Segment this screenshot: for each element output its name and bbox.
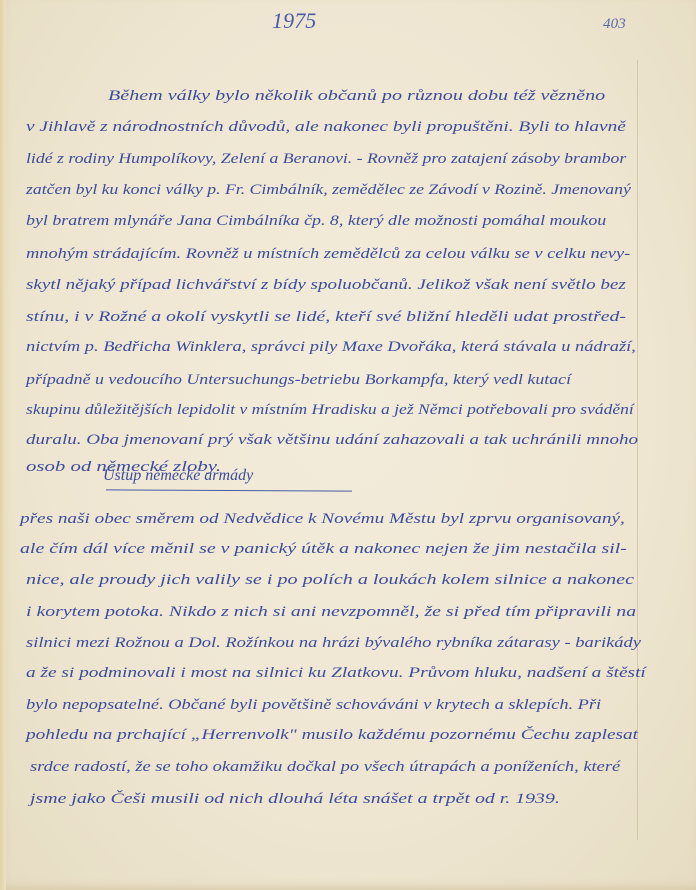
paragraph-2-line: silnici mezi Rožnou a Dol. Rožínkou na h…	[26, 634, 641, 652]
paragraph-2-line: nice, ale proudy jich valily se i po pol…	[26, 571, 634, 589]
paragraph-2-line: bylo nepopsatelné. Občané byli povětšině…	[26, 696, 601, 714]
paragraph-2-line: ale čím dál více měnil se v panický útěk…	[20, 540, 627, 558]
paragraph-2-line: a že si podminovali i most na silnici ku…	[26, 664, 646, 682]
paragraph-2-line: jsme jako Češi musili od nich dlouhá lét…	[30, 790, 560, 808]
chronicle-page: 1975 403 Během války bylo několik občanů…	[0, 0, 696, 890]
paragraph-2-line: přes naši obec směrem od Nedvědice k Nov…	[20, 510, 625, 528]
paragraph-2: přes naši obec směrem od Nedvědice k Nov…	[0, 0, 696, 890]
paragraph-2-line: pohledu na prchající „Herrenvolk" musilo…	[26, 726, 638, 744]
paragraph-2-line: i korytem potoka. Nikdo z nich si ani ne…	[26, 603, 636, 621]
paragraph-2-line: srdce radostí, že se toho okamžiku dočka…	[30, 758, 620, 776]
